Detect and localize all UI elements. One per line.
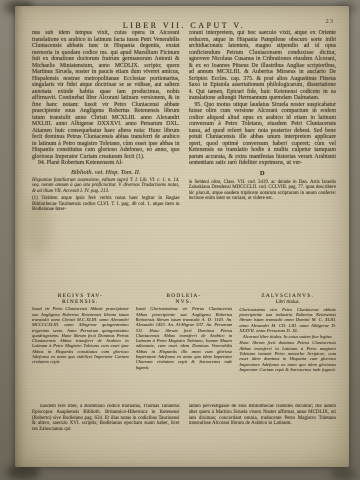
running-title: LIBER VII. CAPUT V. [123,21,245,30]
tome-signature-line: Biblioth. vet. Hisp. Tom. II. [32,169,180,177]
right-paragraph-95: 95. Quo motus utique laudatus Siruela no… [189,102,337,167]
left-paragraph-94-start: 94. Planè Robertum Ketenensem Al- [32,160,180,167]
collation-column-taurinensis: REGIVS TAV- RINENSIS. Iussit vir Petro C… [32,293,129,397]
collation-header: REGIVS TAV- RINENSIS. [32,293,129,305]
book-page: LIBER VII. CAPUT V. 23 nus sub idem temp… [15,6,349,467]
collation-column-zaluscianus: ZALVSCIANVS. Libri titulus. Gloriosissim… [239,293,336,397]
right-paragraph-93-continued: corani interpretem, qui hoc saeculo vixi… [189,30,337,102]
collation-header: BODLEIA- NVS. [136,293,233,305]
collation-body: Iussit Gloriosissimus vir Petrus Cluniac… [136,306,233,370]
running-head: LIBER VII. CAPUT V. 23 [32,15,336,27]
page-content: LIBER VII. CAPUT V. 23 nus sub idem temp… [32,15,336,457]
collation-column-bodleianus: BODLEIA- NVS. Iussit Gloriosissimus vir … [136,293,233,397]
bottom-footnote-right: tamen pervestigasse de eius Bibliothecae… [189,404,337,454]
collation-header-line1: ZALVSCIANVS. [261,293,314,299]
collation-body: Gloriosissimo viro Petro Cluniacensi abb… [239,307,336,333]
page-number: 23 [326,18,335,25]
bottom-footnote-left: Easdem fere liber, à Bodleiano codice mu… [32,404,180,454]
collation-mid-title: Alcorani liber titulus. In cuius autem f… [239,334,336,339]
gathering-signature: D [189,169,337,178]
collation-header: ZALVSCIANVS. [239,293,336,299]
collation-header-line2: NVS. [176,299,193,305]
left-text-column: nus sub idem tempus vixit, cuius opera i… [32,30,180,290]
scan-shadow-bottom-right [330,468,356,480]
main-text-columns: nus sub idem tempus vixit, cuius opera i… [32,30,336,290]
collation-body-2: Hunc librum fecit dominus Petrus Cluniac… [239,340,336,372]
right-text-column: corani interpretem, qui hoc saeculo vixi… [189,30,337,290]
left-footnote-1: (1) Totidem atque ipsis ferè verbis nota… [32,196,180,213]
collation-subtitle: Libri titulus. [239,300,336,305]
left-paragraph-93: nus sub idem tempus vixit, cuius opera i… [32,30,180,160]
left-apparatus-note: Hispaniae familiarum assensione, editum … [32,178,180,195]
collation-header-line2: RINENSIS. [62,299,98,305]
codex-collation-columns: REGIVS TAV- RINENSIS. Iussit vir Petro C… [32,293,336,397]
collation-body: Iussit vir Petro Cluniacensi Abbate prae… [32,306,129,364]
bottom-footnote: Easdem fere liber, à Bodleiano codice mu… [32,404,336,454]
right-footnote: in Seldeni olim, Class. VII. cod. 3419. … [189,180,337,202]
